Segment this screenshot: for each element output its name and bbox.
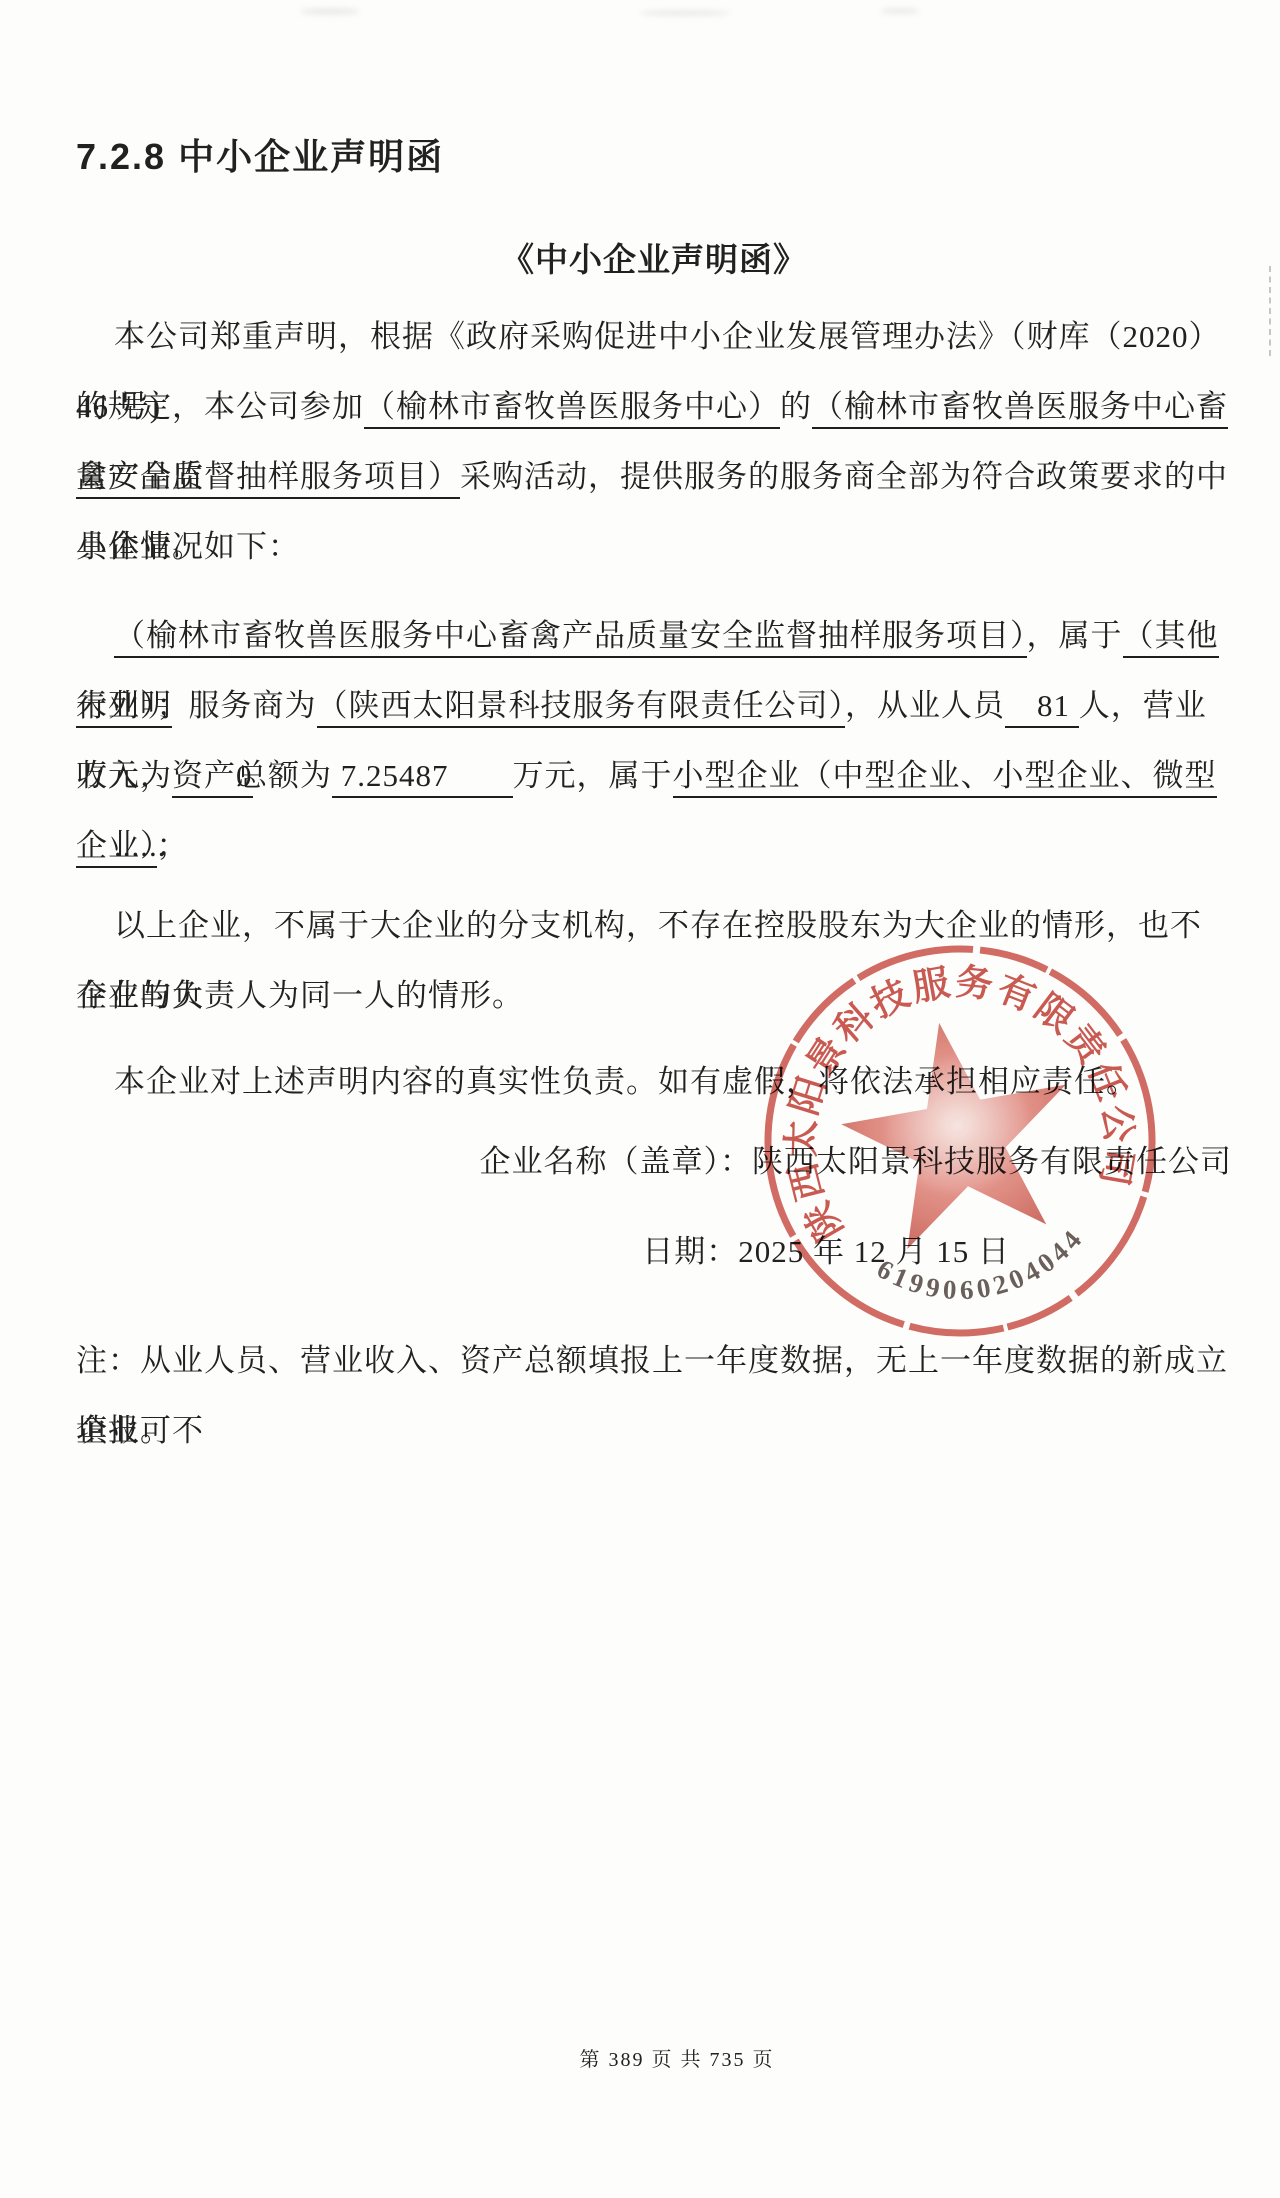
text-segment: 万元，属于 (513, 758, 673, 793)
underlined-assets-value: 7.25487 (332, 758, 513, 798)
underlined-employee-count: 81 (1005, 688, 1079, 728)
paragraph-line: 具体情况如下： (76, 512, 1232, 582)
text-segment: 的规定，本公司参加 (76, 389, 364, 424)
signature-company-line: 企业名称（盖章）：陕西太阳景科技服务有限责任公司 (76, 1127, 1232, 1197)
section-heading: 7.2.8 中小企业声明函 (76, 122, 1232, 192)
page-number: 第 389 页 共 735 页 (37, 2040, 1280, 2080)
scan-edge-artifact (1269, 266, 1271, 356)
text-segment: 企业的负责人为同一人的情形。 (76, 978, 524, 1013)
text-segment: 具体情况如下： (76, 529, 300, 564)
paragraph-line: （榆林市畜牧兽医服务中心畜禽产品质量安全监督抽样服务项目），属于（其他未列明 (76, 601, 1232, 671)
underlined-project-name: （榆林市畜牧兽医服务中心畜禽产品质量安全监督抽样服务项目） (114, 618, 1027, 658)
underlined-supplier-name: （陕西太阳景科技服务有限责任公司） (317, 688, 846, 728)
underlined-purchaser-name: （榆林市畜牧兽医服务中心） (364, 389, 780, 429)
text-segment: 万元，资产总额为 (76, 758, 332, 793)
text-segment: 的 (780, 389, 812, 424)
underlined-industry: 行业） (76, 688, 157, 728)
paragraph-line: 以上企业，不属于大企业的分支机构，不存在控股股东为大企业的情形，也不存在与大 (76, 891, 1232, 961)
note-line: 填报。 (76, 1396, 1232, 1466)
document-title: 《中小企业声明函》 (76, 226, 1232, 296)
ellipsis-line: ...... (76, 811, 1232, 881)
text-segment: ...... (114, 828, 167, 863)
note-line: 注：从业人员、营业收入、资产总额填报上一年度数据，无上一年度数据的新成立企业可不 (76, 1326, 1232, 1396)
paragraph-line: 企业的负责人为同一人的情形。 (76, 961, 1232, 1031)
signature-date-line: 日期：2025 年 12 月 15 日 (76, 1217, 1232, 1287)
paragraph-line: 本企业对上述声明内容的真实性负责。如有虚假，将依法承担相应责任。 (76, 1047, 1232, 1117)
text-segment: ，从业人员 (845, 688, 1005, 723)
document-content: 7.2.8 中小企业声明函 《中小企业声明函》 本公司郑重声明，根据《政府采购促… (76, 0, 1232, 1466)
scanned-document-page: 7.2.8 中小企业声明函 《中小企业声明函》 本公司郑重声明，根据《政府采购促… (0, 0, 1280, 2198)
paragraph-line: 的规定，本公司参加（榆林市畜牧兽医服务中心）的（榆林市畜牧兽医服务中心畜禽产品质 (76, 372, 1232, 442)
text-segment: ，属于 (1027, 618, 1123, 653)
paragraph-line: 万元，资产总额为 7.25487 万元，属于小型企业（中型企业、小型企业、微型企… (76, 741, 1232, 811)
text-segment: ；服务商为 (157, 688, 317, 723)
text-segment: 填报。 (76, 1413, 172, 1448)
paragraph-line: 量安全监督抽样服务项目）采购活动，提供服务的服务商全部为符合政策要求的中小企业。 (76, 442, 1232, 512)
text-segment: 本企业对上述声明内容的真实性负责。如有虚假，将依法承担相应责任。 (114, 1064, 1138, 1099)
text-segment: 日期：2025 年 12 月 15 日 (642, 1234, 1010, 1269)
paragraph-line: 行业）；服务商为（陕西太阳景科技服务有限责任公司），从业人员 81 人，营业收入… (76, 671, 1232, 741)
underlined-project-name: 量安全监督抽样服务项目） (76, 459, 460, 499)
paragraph-line: 本公司郑重声明，根据《政府采购促进中小企业发展管理办法》（财库（2020）46 … (76, 302, 1232, 372)
text-segment: 企业名称（盖章）：陕西太阳景科技服务有限责任公司 (480, 1144, 1233, 1179)
